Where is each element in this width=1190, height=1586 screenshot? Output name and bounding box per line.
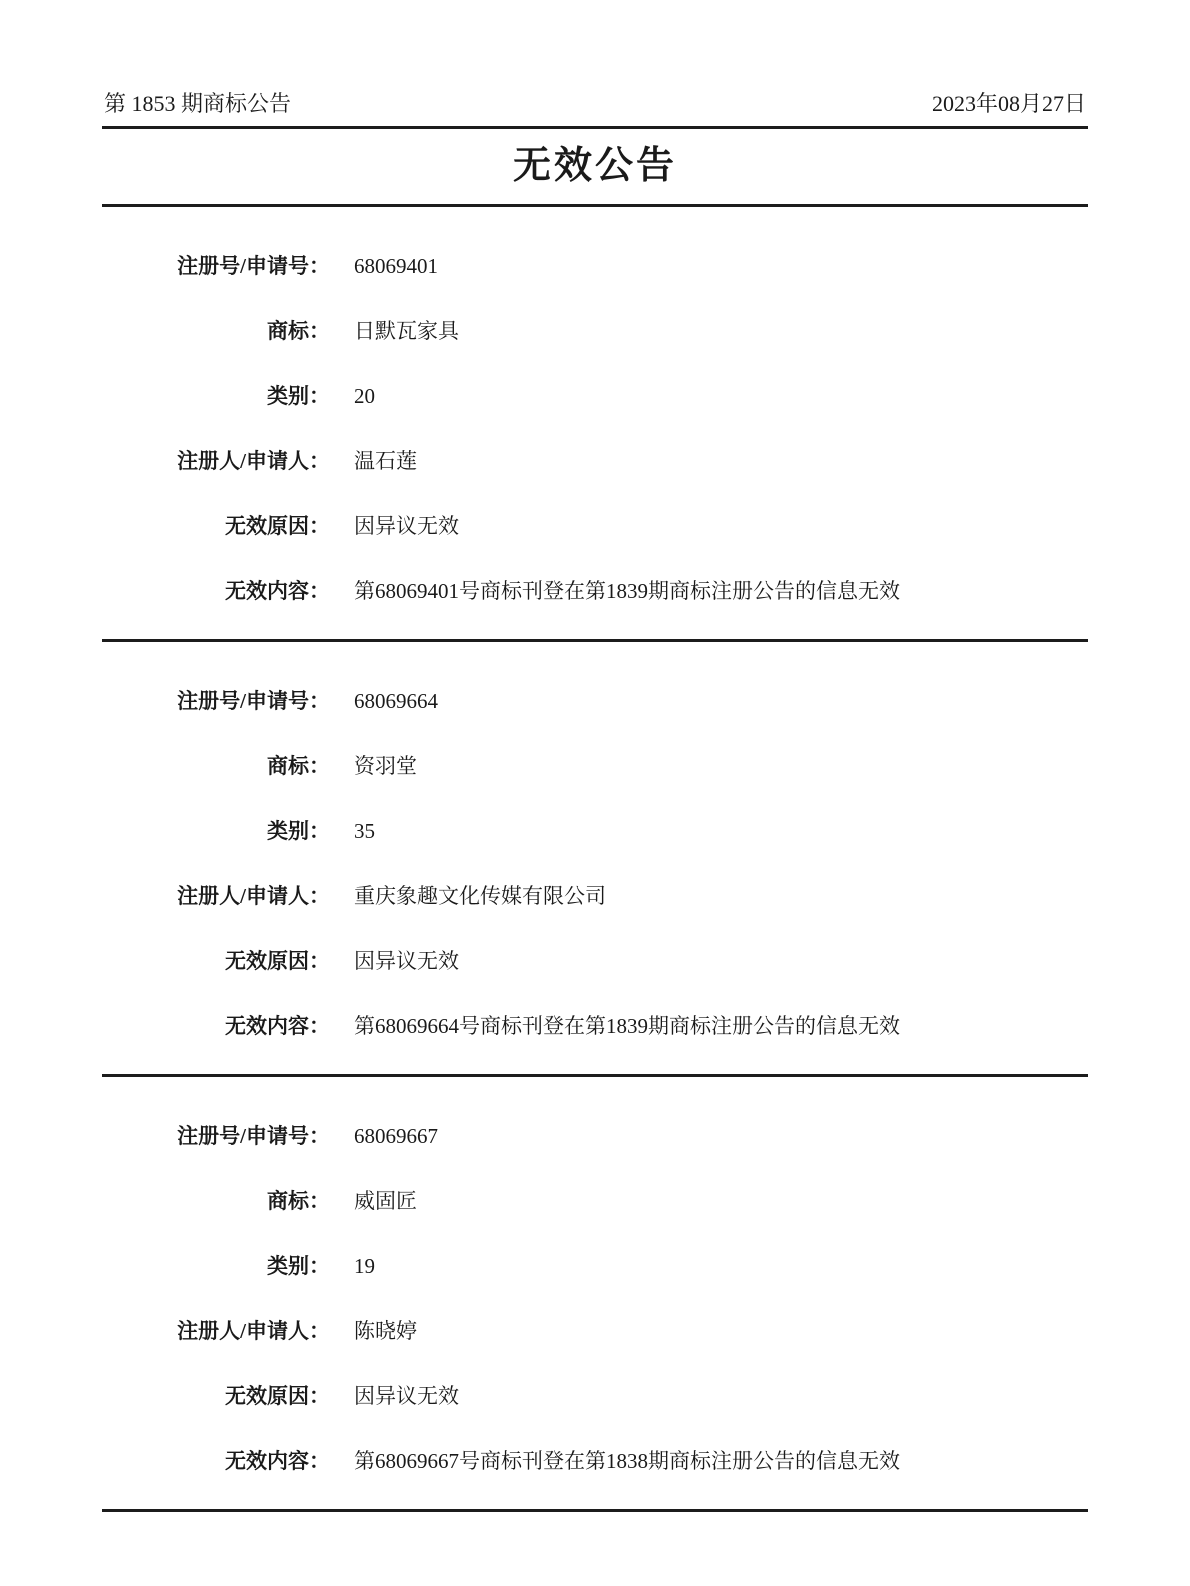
class-value: 35 [354, 817, 375, 845]
field-row-content: 无效内容： 第68069664号商标刊登在第1839期商标注册公告的信息无效 [102, 1012, 1088, 1040]
doc-header: 第 1853 期商标公告 2023年08月27日 [102, 90, 1088, 126]
field-row-trademark: 商标： 日默瓦家具 [102, 317, 1088, 345]
trademark-value: 威固匠 [354, 1187, 417, 1215]
field-row-reason: 无效原因： 因异议无效 [102, 1382, 1088, 1410]
records-list: 注册号/申请号： 68069401 商标： 日默瓦家具 类别： 20 注册人/申… [102, 207, 1088, 1512]
reg-no-label: 注册号/申请号： [102, 1122, 330, 1150]
trademark-label: 商标： [102, 317, 330, 345]
trademark-value: 资羽堂 [354, 752, 417, 780]
reason-label: 无效原因： [102, 947, 330, 975]
class-label: 类别： [102, 382, 330, 410]
field-row-reg-no: 注册号/申请号： 68069401 [102, 252, 1088, 280]
trademark-label: 商标： [102, 752, 330, 780]
record-3: 注册号/申请号： 68069667 商标： 威固匠 类别： 19 注册人/申请人… [102, 1077, 1088, 1512]
gazette-date: 2023年08月27日 [932, 90, 1086, 118]
reason-label: 无效原因： [102, 512, 330, 540]
class-label: 类别： [102, 817, 330, 845]
reason-value: 因异议无效 [354, 512, 459, 540]
field-row-class: 类别： 19 [102, 1252, 1088, 1280]
gazette-page: 第 1853 期商标公告 2023年08月27日 无效公告 注册号/申请号： 6… [102, 0, 1088, 1512]
field-row-registrant: 注册人/申请人： 陈晓婷 [102, 1317, 1088, 1345]
content-label: 无效内容： [102, 1447, 330, 1475]
reg-no-value: 68069401 [354, 252, 438, 280]
field-row-registrant: 注册人/申请人： 温石莲 [102, 447, 1088, 475]
reason-label: 无效原因： [102, 1382, 330, 1410]
registrant-label: 注册人/申请人： [102, 882, 330, 910]
record-1: 注册号/申请号： 68069401 商标： 日默瓦家具 类别： 20 注册人/申… [102, 207, 1088, 642]
content-value: 第68069667号商标刊登在第1838期商标注册公告的信息无效 [354, 1447, 900, 1475]
reg-no-label: 注册号/申请号： [102, 687, 330, 715]
field-row-reason: 无效原因： 因异议无效 [102, 512, 1088, 540]
content-value: 第68069664号商标刊登在第1839期商标注册公告的信息无效 [354, 1012, 900, 1040]
registrant-label: 注册人/申请人： [102, 447, 330, 475]
reason-value: 因异议无效 [354, 1382, 459, 1410]
class-value: 19 [354, 1252, 375, 1280]
reg-no-value: 68069664 [354, 687, 438, 715]
content-label: 无效内容： [102, 1012, 330, 1040]
field-row-content: 无效内容： 第68069667号商标刊登在第1838期商标注册公告的信息无效 [102, 1447, 1088, 1475]
registrant-value: 重庆象趣文化传媒有限公司 [354, 882, 606, 910]
header-rule [102, 126, 1088, 129]
registrant-value: 温石莲 [354, 447, 417, 475]
field-row-registrant: 注册人/申请人： 重庆象趣文化传媒有限公司 [102, 882, 1088, 910]
field-row-reason: 无效原因： 因异议无效 [102, 947, 1088, 975]
registrant-value: 陈晓婷 [354, 1317, 417, 1345]
field-row-class: 类别： 35 [102, 817, 1088, 845]
field-row-trademark: 商标： 资羽堂 [102, 752, 1088, 780]
gazette-issue: 第 1853 期商标公告 [104, 90, 291, 118]
class-value: 20 [354, 382, 375, 410]
field-row-reg-no: 注册号/申请号： 68069664 [102, 687, 1088, 715]
trademark-label: 商标： [102, 1187, 330, 1215]
field-row-reg-no: 注册号/申请号： 68069667 [102, 1122, 1088, 1150]
field-row-trademark: 商标： 威固匠 [102, 1187, 1088, 1215]
record-2: 注册号/申请号： 68069664 商标： 资羽堂 类别： 35 注册人/申请人… [102, 642, 1088, 1077]
class-label: 类别： [102, 1252, 330, 1280]
reason-value: 因异议无效 [354, 947, 459, 975]
trademark-value: 日默瓦家具 [354, 317, 459, 345]
registrant-label: 注册人/申请人： [102, 1317, 330, 1345]
field-row-content: 无效内容： 第68069401号商标刊登在第1839期商标注册公告的信息无效 [102, 577, 1088, 605]
field-row-class: 类别： 20 [102, 382, 1088, 410]
content-label: 无效内容： [102, 577, 330, 605]
content-value: 第68069401号商标刊登在第1839期商标注册公告的信息无效 [354, 577, 900, 605]
page-title: 无效公告 [102, 142, 1088, 190]
reg-no-value: 68069667 [354, 1122, 438, 1150]
reg-no-label: 注册号/申请号： [102, 252, 330, 280]
